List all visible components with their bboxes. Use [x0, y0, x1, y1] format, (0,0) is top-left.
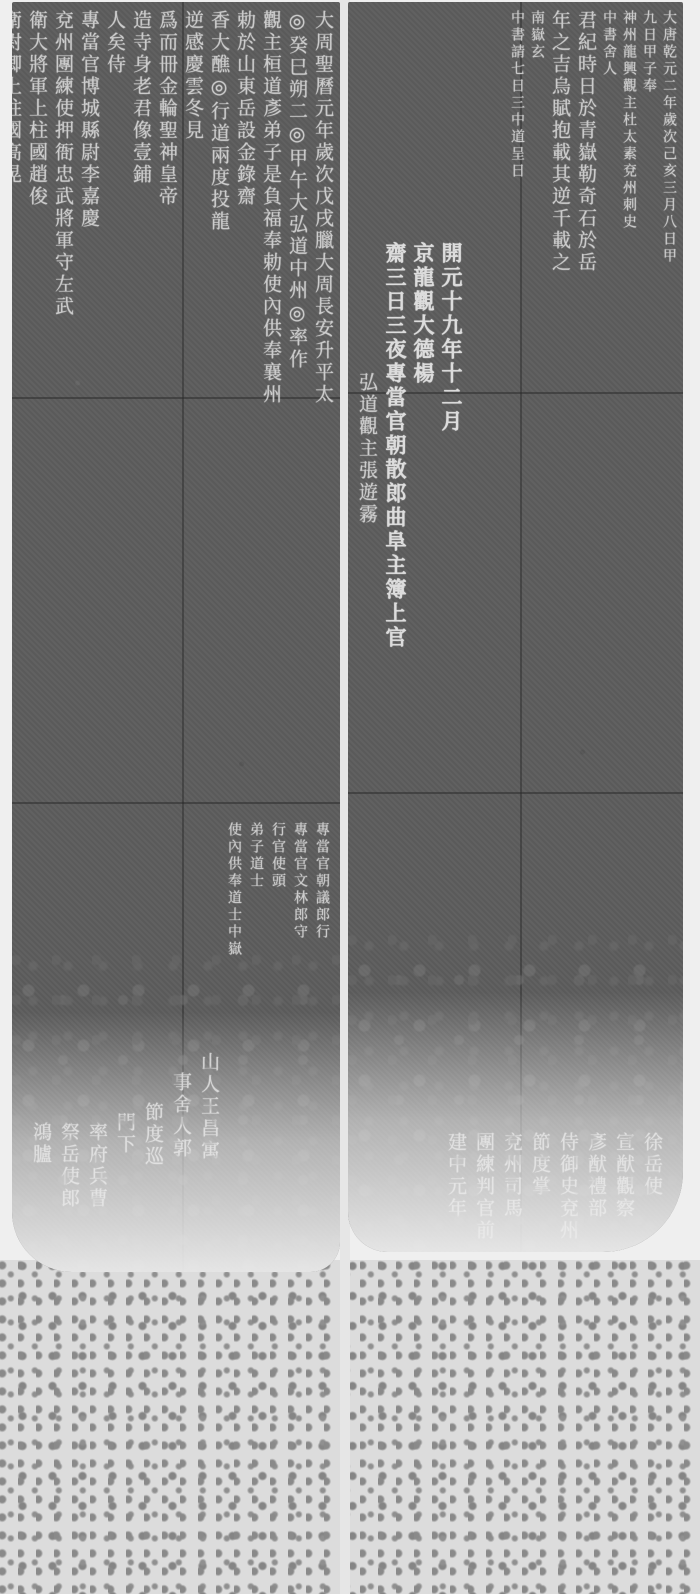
inscription-column: 衛尉卿上柱國高晃 [12, 10, 22, 406]
fold-line [348, 792, 683, 794]
inscription-column: 人矣侍 [104, 10, 126, 406]
inscription-column: 勅於山東岳設金錄齋 [234, 10, 256, 406]
inscription-column: 中書舍人 [601, 10, 617, 274]
inscription-column: 君紀時日於青嶽勒奇石於岳 [575, 10, 597, 274]
faded-edge [12, 1012, 340, 1272]
inscription-column: 造寺身老君像壹鋪 [130, 10, 152, 406]
inscription-column: 南嶽玄 [529, 10, 545, 274]
inscription-column: 大唐乾元二年歲次己亥三月八日甲 [661, 10, 677, 274]
inscription-column: 兗州團練使押衙忠武將軍守左武 [52, 10, 74, 406]
left-upper-text: 大周聖曆元年歲次戊戌臘大周長安升平太 ◎癸巳朔二◎甲午大弘道中州◎率作 觀主桓道… [12, 10, 334, 406]
fold-line [12, 802, 340, 804]
inscription-column: 神州龍興觀主杜太素兗州刺史 [621, 10, 637, 274]
faded-bottom-area [0, 1260, 700, 1594]
inscription-column: 大周聖曆元年歲次戊戌臘大周長安升平太 [312, 10, 334, 406]
inscription-column: 弘道觀主張遊霧 [356, 372, 378, 650]
inscription-column: 齋三日三夜專當官朝散郎曲阜主簿上官 [384, 242, 406, 650]
inscription-column: 開元十九年十二月 [440, 242, 462, 650]
inscription-column: 觀主桓道彥弟子是負福奉勅使內供奉襄州 [260, 10, 282, 406]
inscription-column: 九日甲子奉 [641, 10, 657, 274]
right-rubbing-panel: 大唐乾元二年歲次己亥三月八日甲 九日甲子奉 神州龍興觀主杜太素兗州刺史 中書舍人… [348, 2, 683, 1252]
right-upper-text: 大唐乾元二年歲次己亥三月八日甲 九日甲子奉 神州龍興觀主杜太素兗州刺史 中書舍人… [509, 10, 677, 274]
left-rubbing-panel: 大周聖曆元年歲次戊戌臘大周長安升平太 ◎癸巳朔二◎甲午大弘道中州◎率作 觀主桓道… [12, 2, 340, 1272]
inscription-column: 專當官博城縣尉李嘉慶 [78, 10, 100, 406]
inscription-column: 中書請七日三中道呈日 [509, 10, 525, 274]
inscription-column: 京龍觀大德楊 [412, 242, 434, 650]
faded-edge [348, 992, 683, 1252]
inscription-column: 年之吉烏賦抱載其逆千載之 [549, 10, 571, 274]
inscription-column: 衛大將軍上柱國趙俊 [26, 10, 48, 406]
inscription-column: 逆感慶雲冬見 [182, 10, 204, 406]
right-bold-text: 開元十九年十二月 京龍觀大德楊 齋三日三夜專當官朝散郎曲阜主簿上官 弘道觀主張遊… [356, 242, 462, 650]
inscription-column: 爲而冊金輪聖神皇帝 [156, 10, 178, 406]
inscription-column: ◎癸巳朔二◎甲午大弘道中州◎率作 [286, 10, 308, 406]
inscription-column: 香大醮◎行道兩度投龍 [208, 10, 230, 406]
